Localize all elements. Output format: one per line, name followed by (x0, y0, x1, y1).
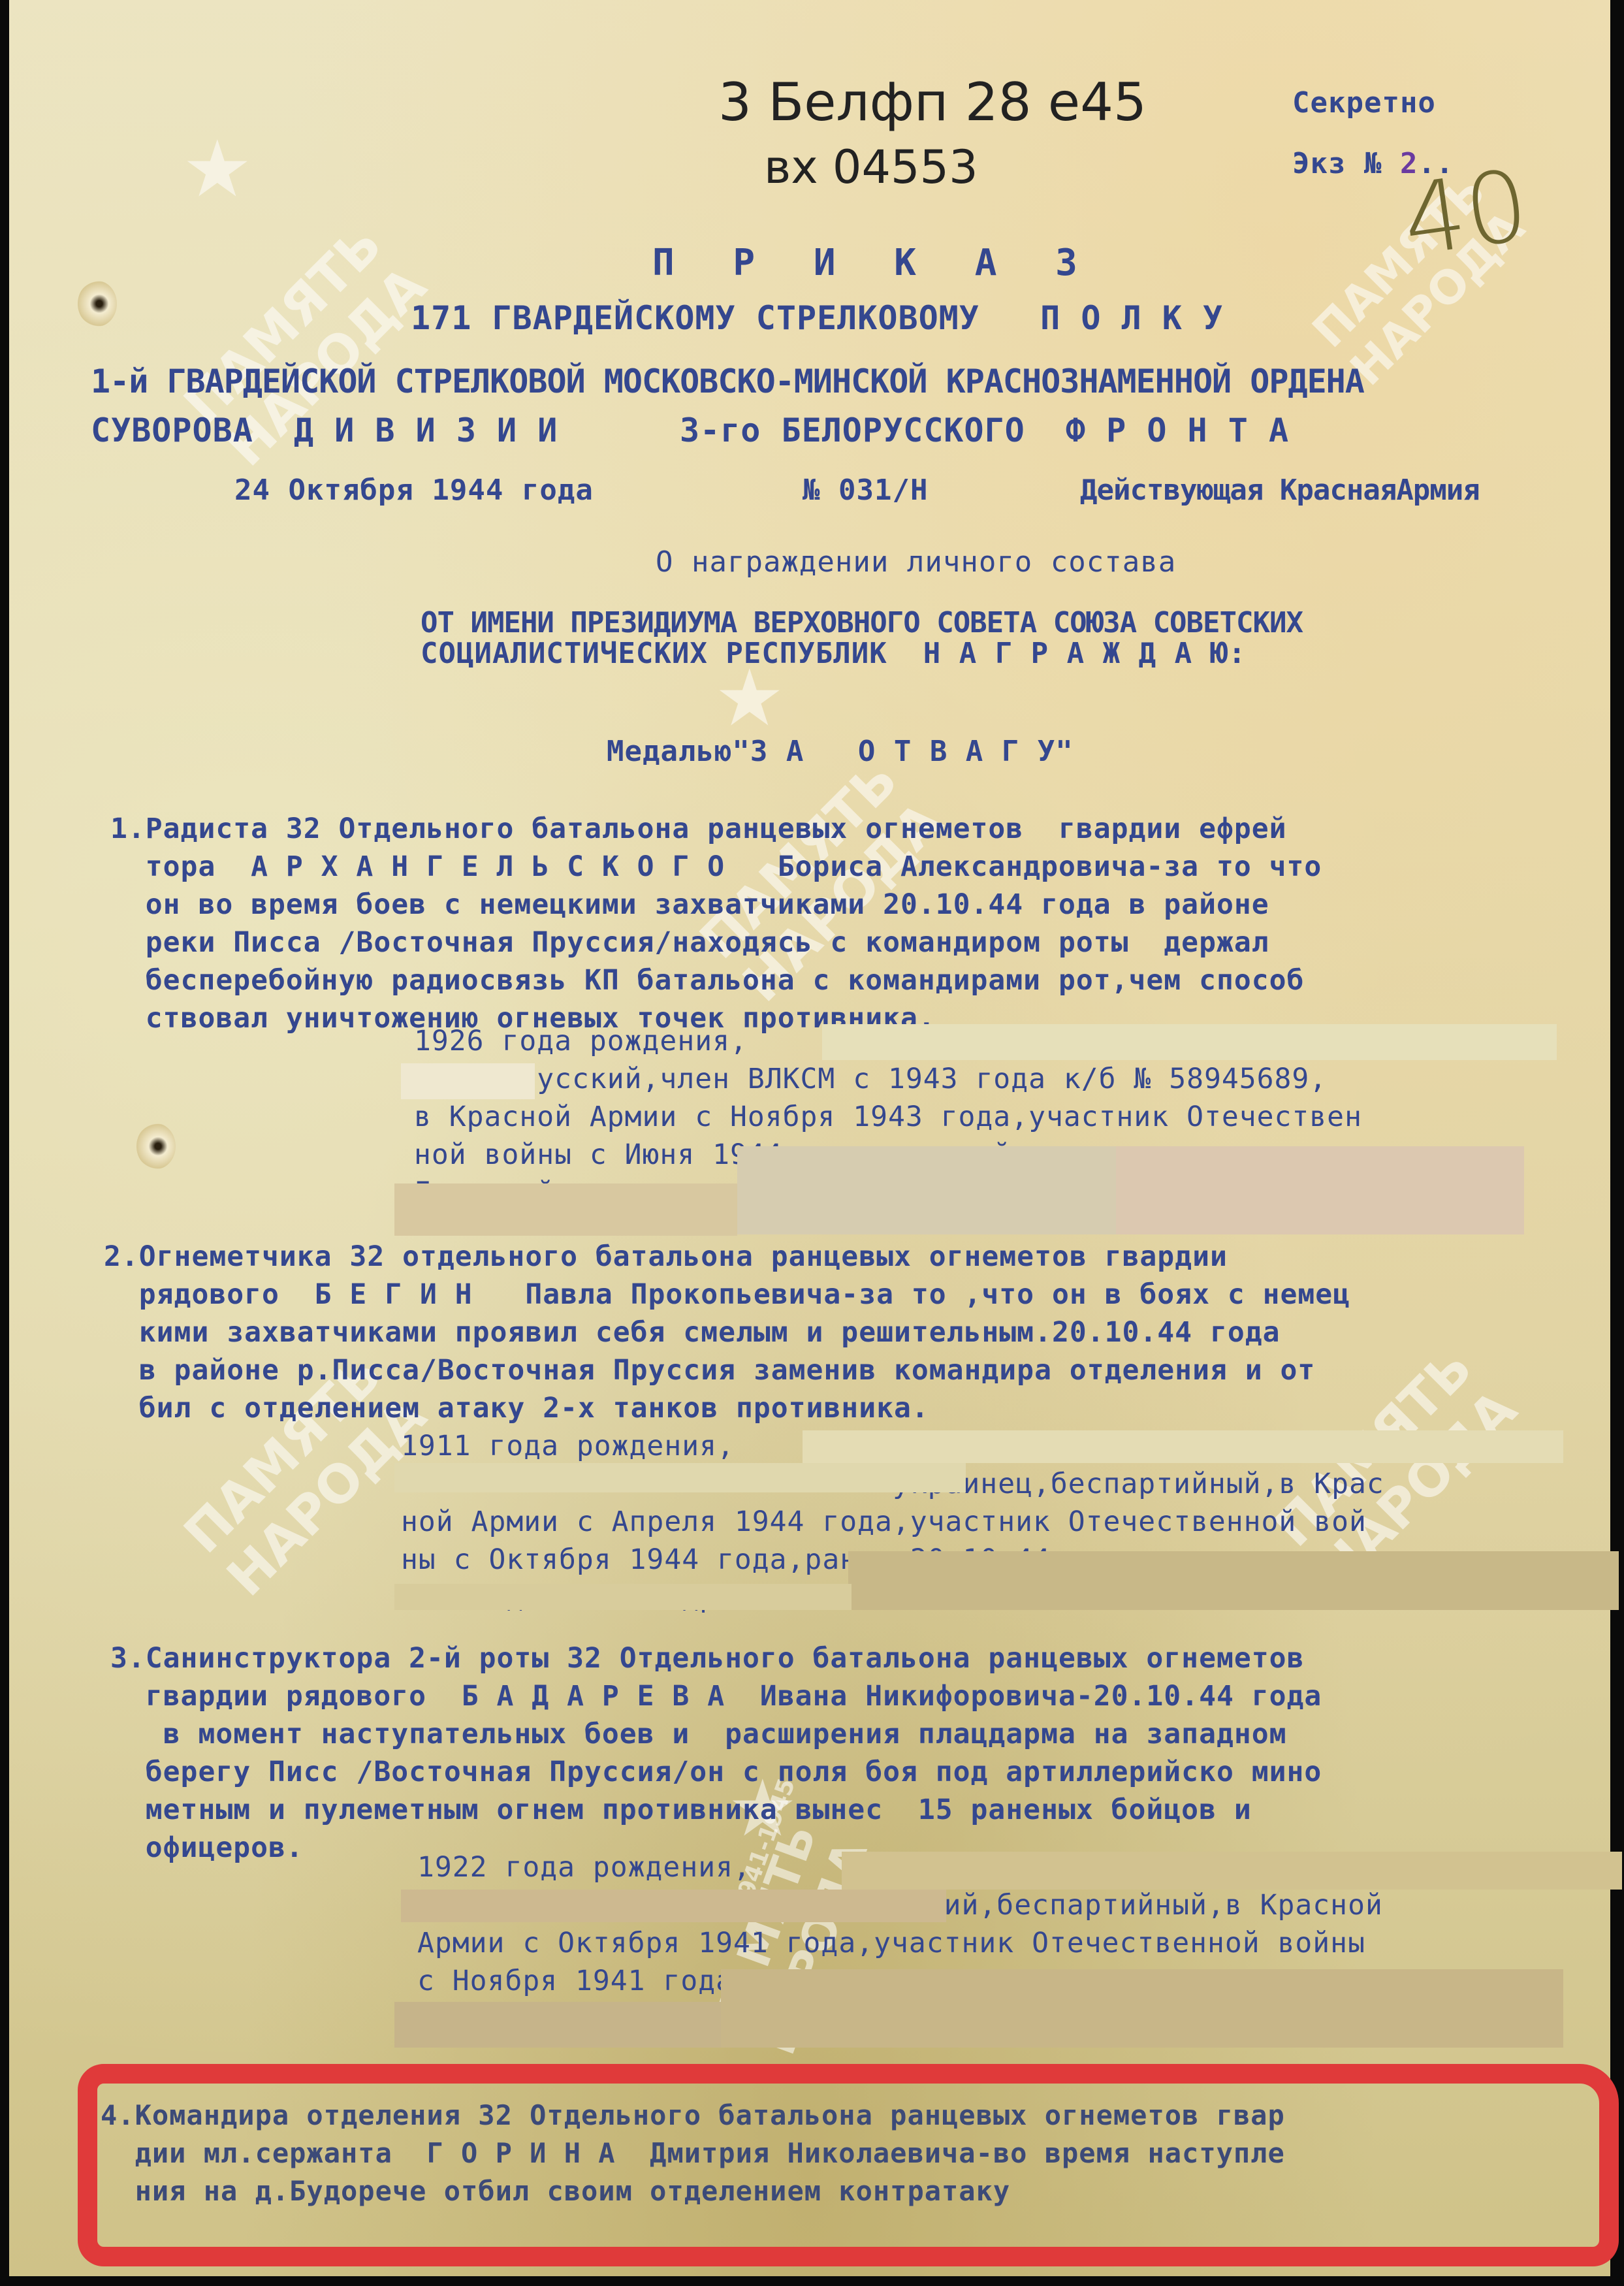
redaction-block (394, 2002, 721, 2048)
redaction-block (394, 1463, 966, 1492)
preamble-line1: ОТ ИМЕНИ ПРЕЗИДИУМА ВЕРХОВНОГО СОВЕТА СО… (421, 606, 1303, 639)
entry-1-text: 1.Радиста 32 Отдельного батальона ранцев… (110, 810, 1322, 1037)
redaction-block (401, 1063, 535, 1099)
punch-hole (78, 281, 117, 327)
classification-label: Секретно (1292, 86, 1436, 120)
sheet-number: 40 (1396, 149, 1535, 279)
registration-stamp-line2: вх 04553 (764, 140, 978, 194)
award-name: Медалью"З А О Т В А Г У" (607, 735, 1074, 768)
redaction-block (737, 1146, 1116, 1234)
entry-2-text: 2.Огнеметчика 32 отдельного батальона ра… (104, 1238, 1350, 1427)
unit-line2: 1-й ГВАРДЕЙСКОЙ СТРЕЛКОВОЙ МОСКОВСКО-МИН… (91, 362, 1364, 400)
redaction-block (401, 1890, 946, 1922)
order-date: 24 Октября 1944 года (234, 474, 594, 507)
punch-hole (136, 1123, 176, 1169)
redaction-block (848, 1551, 1619, 1610)
redaction-block (842, 1852, 1622, 1890)
document-page: ★ ПАМЯТЬ НАРОДА ★ ПАМЯТЬ НАРОДА ПАМЯТЬ Н… (9, 0, 1610, 2276)
unit-line3: СУВОРОВА Д И В И З И И 3-го БЕЛОРУССКОГО… (91, 411, 1289, 449)
entry-3-text: 3.Санинструктора 2-й роты 32 Отдельного … (110, 1639, 1322, 1867)
redaction-block (1116, 1146, 1524, 1234)
watermark-star-icon: ★ (182, 124, 253, 215)
registration-stamp-line1: 3 Белфп 28 е45 (718, 72, 1147, 133)
order-number: № 031/Н (803, 474, 928, 507)
unit-line1: 171 ГВАРДЕЙСКОМУ СТРЕЛКОВОМУ П О Л К У (411, 299, 1223, 337)
order-location: Действующая КраснаяАрмия (1080, 474, 1480, 507)
order-subject: О награждении личного состава (656, 545, 1176, 579)
redaction-block (822, 1024, 1557, 1060)
document-type: П Р И К А З (652, 242, 1096, 284)
redaction-block (721, 1969, 1563, 2048)
preamble-line2: СОЦИАЛИСТИЧЕСКИХ РЕСПУБЛИК Н А Г Р А Ж Д… (421, 637, 1247, 670)
entry-4-text: 4.Командира отделения 32 Отдельного бата… (101, 2097, 1285, 2210)
redaction-block (394, 1584, 852, 1610)
redaction-block (394, 1183, 737, 1236)
redaction-block (803, 1430, 1563, 1463)
